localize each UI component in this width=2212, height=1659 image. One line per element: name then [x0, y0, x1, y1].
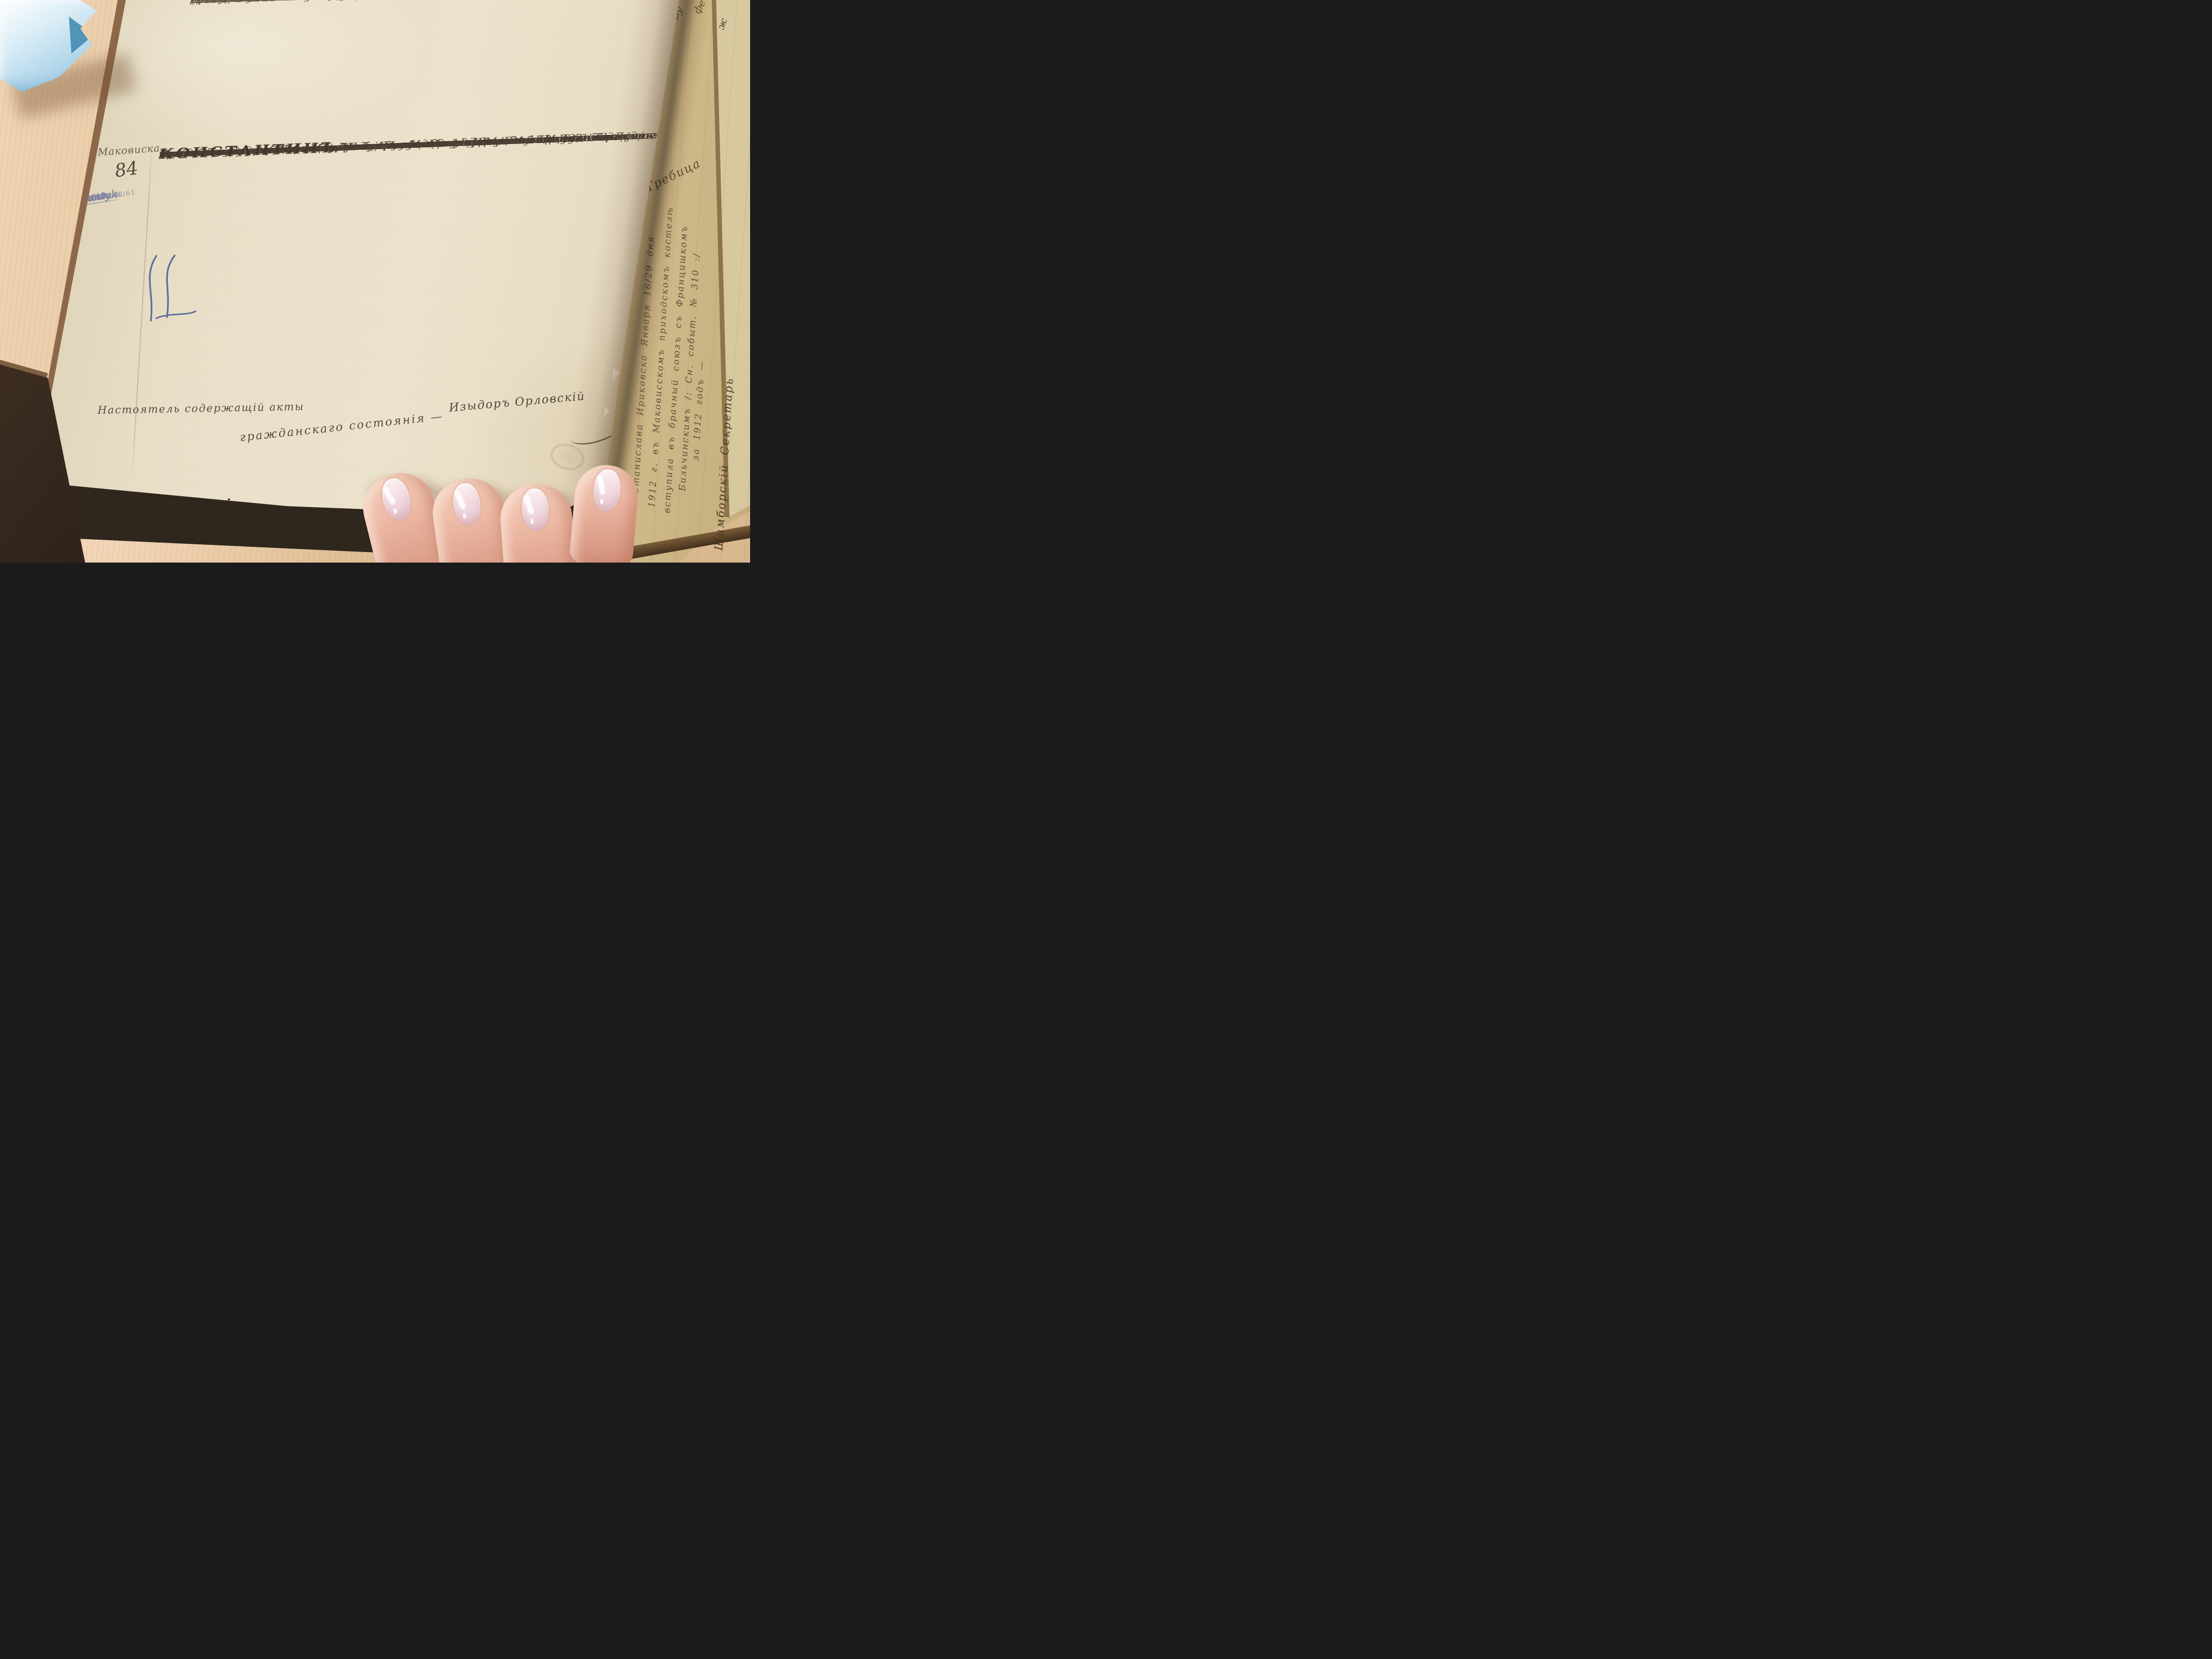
record-84-text: Состоялось въ Деревни Маковиска пятаго /…: [159, 128, 647, 146]
vertical-marriage-note-line: за 1912 годъ —: [691, 260, 713, 461]
fingernail: [520, 487, 550, 531]
priest-title-line: Настоятель содержащій акты: [98, 401, 305, 417]
fingernail: [378, 476, 415, 523]
blue-pen-flourish: [137, 244, 200, 324]
vertical-marriage-note-line: Бильчинскимъ /: Сн. событ. № 310 :/: [677, 204, 705, 491]
priest-signature: Изыдоръ Орловскій: [448, 389, 586, 415]
record-number: 84: [113, 157, 139, 181]
nail-gloss-dot: [463, 513, 467, 519]
nail-gloss-highlight: [597, 474, 606, 495]
vertical-signature-line: Шимборскій Секретарь: [713, 283, 741, 551]
nail-gloss-dot: [600, 498, 604, 505]
record-line: Настоятель содержащій акты гражданскаго …: [190, 0, 569, 7]
fingernail: [592, 468, 622, 513]
record-line: грамотнымъ прочитанъ, Нами только подпис…: [159, 129, 616, 162]
illegible-writing-fragment: ж: [715, 17, 730, 32]
photo-of-register-book: Требица Станислава Ириковска Января 16/2…: [0, 0, 750, 563]
nail-gloss-highlight: [453, 489, 467, 510]
nail-gloss-highlight: [382, 486, 397, 506]
fingernail: [451, 481, 483, 527]
priest-title-line: гражданскаго состоянія —: [239, 409, 444, 444]
nail-gloss-dot: [530, 519, 534, 524]
nail-gloss-highlight: [522, 494, 535, 515]
nail-gloss-dot: [393, 508, 398, 514]
ink-speck: [228, 498, 230, 500]
